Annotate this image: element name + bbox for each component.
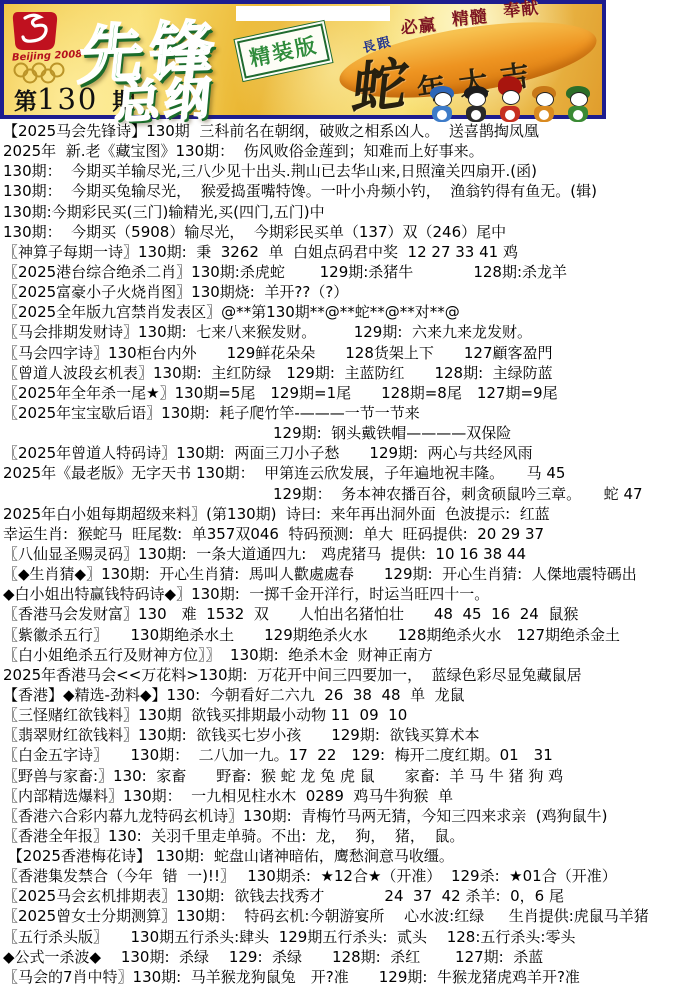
olympic-rings-icon xyxy=(12,62,66,84)
text-line: 〖2025年宝宝歇后语〗130期: 耗子爬竹竿-———一节一节来 xyxy=(3,403,687,423)
beijing-2008-emblem: Beijing 2008 xyxy=(12,10,76,84)
text-line: 2025年《最老版》无字天书 130期： 甲第连云欣发展，子年遍地祝丰隆。 马 … xyxy=(3,463,687,483)
text-line: 〖曾道人波段玄机表〗130期: 主红防绿 129期: 主蓝防红 128期: 主绿… xyxy=(3,363,687,383)
text-line: 2025年 新.老《藏宝图》130期： 伤风败俗金莲到；知难而上好事来。 xyxy=(3,141,687,161)
fuwa-orange-mascot-icon xyxy=(530,86,558,122)
beijing-2008-script: Beijing 2008 xyxy=(12,49,76,63)
fuwa-flame-mascot-icon xyxy=(496,80,524,122)
text-line: 130期:今期彩民买(三门)输精光,买(四门,五门)中 xyxy=(3,202,687,222)
text-line: 〖香港集发禁合（今年 错 一)!!〗 130期杀: ★12合★（开准） 129杀… xyxy=(3,866,687,886)
text-line: ◆公式一杀波◆ 130期: 杀绿 129: 杀绿 128期: 杀红 127期: … xyxy=(3,947,687,967)
fuwa-blue-mascot-icon xyxy=(428,86,456,122)
text-line: 〖三怪赌红欲钱料〗130期 欲钱买排期最小动物 11 09 10 xyxy=(3,705,687,725)
text-line: 〖紫徽杀五行〗 130期绝杀水土 129期绝杀火水 128期绝杀火水 127期绝… xyxy=(3,625,687,645)
text-line: 〖马会的7肖中特〗130期: 马羊猴龙狗鼠兔 开?准 129期: 牛猴龙猪虎鸡羊… xyxy=(3,967,687,987)
text-line: 〖2025富豪小子火烧肖图〗130期烧: 羊开??（?） xyxy=(3,282,687,302)
text-line: 〖白小姐绝杀五行及财神方位〗〗 130期: 绝杀木金 财神正南方 xyxy=(3,645,687,665)
fuwa-green-mascot-icon xyxy=(564,86,592,122)
text-line: 〖马会四字诗〗130柜台内外 129鲜花朵朵 128货架上下 127顧客盈門 xyxy=(3,343,687,363)
text-line: 130期： 今期买兔输尽光， 猴爱捣蛋嘴特馋。一叶小舟频小钓， 渔翁钓得有鱼无。… xyxy=(3,181,687,201)
text-line: 〖2025年全年杀一尾★〗130期=5尾 129期=1尾 128期=8尾 127… xyxy=(3,383,687,403)
text-line: 129期： 务本神农播百谷，刺贪硕鼠吟三章。 蛇 47 xyxy=(3,484,687,504)
text-line: 130期： 今期买羊输尽光,三八少见十出头.荆山已去华山来,日照潼关四扇开.(函… xyxy=(3,161,687,181)
text-line: 〖2025港台综合绝杀二肖〗130期:杀虎蛇 129期:杀猪牛 128期:杀龙羊 xyxy=(3,262,687,282)
issue-prefix: 第 xyxy=(14,89,37,115)
text-line: 〖香港马会发财富〗130 难 1532 双 人怕出名猪怕壮 48 45 16 2… xyxy=(3,604,687,624)
beijing-seal-icon xyxy=(12,10,58,50)
text-line: 【2025马会先锋诗】130期 三科前名在朝纲，破败之相系凶人。 送喜鹊掏凤凰 xyxy=(3,121,687,141)
text-line: 〖翡翠财红欲钱料〗130期: 欲钱买七岁小孩 129期: 欲钱买算术本 xyxy=(3,725,687,745)
slogan-word-1: 必赢 xyxy=(399,10,437,39)
text-line: ◆白小姐出特赢钱特码诗◆〗130期: 一掷千金开洋行，时运当旺四十一。 xyxy=(3,584,687,604)
text-line: 〖五行杀头版〗 130期五行杀头:肆头 129期五行杀头: 贰头 128:五行杀… xyxy=(3,927,687,947)
text-line: 2025年白小姐每期超级来料〗(第130期) 诗曰: 来年再出洞外面 色波提示:… xyxy=(3,504,687,524)
body-lines: 【2025马会先锋诗】130期 三科前名在朝纲，破败之相系凶人。 送喜鹊掏凤凰2… xyxy=(3,121,687,987)
text-line: 〖2025全年版九宫禁肖发表区〗@**第130期**@**蛇**@**对**@ xyxy=(3,302,687,322)
blank-patch xyxy=(236,6,390,21)
page: Beijing 2008 第130期 蛇年大吉 先锋 总纲 精装版 必赢 精髓 … xyxy=(0,0,688,987)
text-line: 〖神算子每期一诗〗130期: 秉 3262 单 白姐点码君中奖 12 27 33… xyxy=(3,242,687,262)
text-line: 〖2025马会玄机排期表〗130期: 欲钱去找秀才 24 37 42 杀羊: 0… xyxy=(3,886,687,906)
text-line: 〖◆生肖猜◆〗130期: 开心生肖猜: 馬叫人歡處處春 129期: 开心生肖猜:… xyxy=(3,564,687,584)
header-banner: Beijing 2008 第130期 蛇年大吉 先锋 总纲 精装版 必赢 精髓 … xyxy=(0,0,606,119)
slogan-word-3: 奉献 xyxy=(502,0,540,22)
text-line: 〖内部精选爆料〗130期： 一九相见柱水木 0289 鸡马牛狗猴 单 xyxy=(3,786,687,806)
text-line: 〖香港全年报〗130: 关羽千里走单骑。不出: 龙， 狗， 猪， 鼠。 xyxy=(3,826,687,846)
text-line: 〖2025曾女士分期测算〗130期： 特码玄机:今朝游宴所 心水波:红绿 生肖提… xyxy=(3,906,687,926)
edition-badge: 精装版 xyxy=(237,23,330,78)
slogan-word-2: 精髓 xyxy=(450,2,488,31)
text-line: 〖野兽与家畜:〗130: 家畜 野畜: 猴 蛇 龙 兔 虎 鼠 家畜: 羊 马 … xyxy=(3,766,687,786)
text-line: 〖2025年曾道人特码诗〗130期: 两面三刀小子愁 129期: 两心与共经风雨 xyxy=(3,443,687,463)
text-line: 130期： 今期买（5908）输尽光， 今期彩民买单（137）双（246）尾中 xyxy=(3,222,687,242)
text-line: 幸运生肖: 猴蛇马 旺尾数: 单357双046 特码预测: 单大 旺码提供: 2… xyxy=(3,524,687,544)
text-line: 【2025香港梅花诗】 130期: 蛇盘山诸神暗佑，鹰愁涧意马收缰。 xyxy=(3,846,687,866)
fuwa-mascots xyxy=(428,80,592,122)
text-line: 〖八仙显圣赐灵码〗130期: 一条大道通四九: 鸡虎猪马 提供: 10 16 3… xyxy=(3,544,687,564)
text-line: 129期: 钢头戴铁帽————双保险 xyxy=(3,423,687,443)
text-line: 〖香港六合彩内幕九龙特码玄机诗〗130期: 青梅竹马两无猜，今知三四来求亲 (鸡… xyxy=(3,806,687,826)
text-line: 【香港】◆精选-劲料◆】130: 今朝看好二六九 26 38 48 单 龙鼠 xyxy=(3,685,687,705)
text-line: 〖白金五字诗〗 130期： 二八加一九。17 22 129: 梅开二度红期。01… xyxy=(3,745,687,765)
text-line: 2025年香港马会<<万花料>130期: 万花开中间三四要加一， 蓝绿色彩尽显兔… xyxy=(3,665,687,685)
fuwa-panda-mascot-icon xyxy=(462,86,490,122)
text-line: 〖马会排期发财诗〗130期: 七来八来猴发财。 129期: 六来九来龙发财。 xyxy=(3,322,687,342)
